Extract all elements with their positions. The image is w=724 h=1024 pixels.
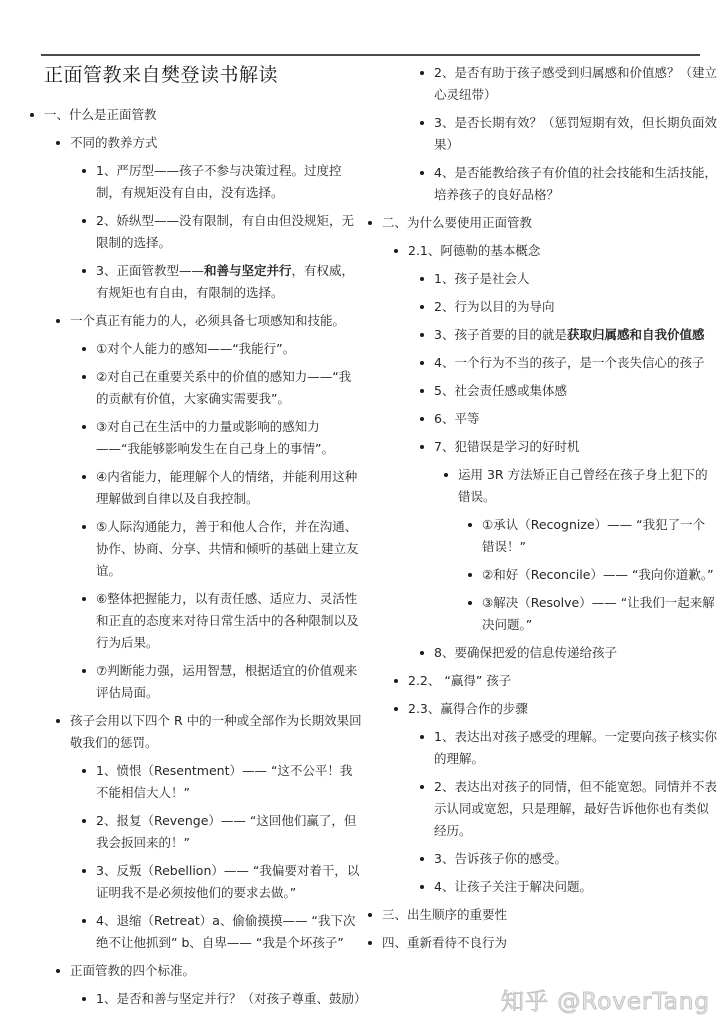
left-outline-list: 一、什么是正面管教不同的教养方式1、严厉型——孩子不参与决策过程。过度控制，有规… bbox=[30, 104, 363, 1010]
outline-item-text: 5、社会责任感或集体感 bbox=[434, 383, 567, 398]
outline-item: 2、行为以目的为导向 bbox=[368, 296, 717, 318]
outline-item: ①承认（Recognize）—— “我犯了一个错误！” bbox=[368, 514, 717, 558]
bullet-icon bbox=[420, 445, 424, 449]
outline-item: 5、社会责任感或集体感 bbox=[368, 380, 717, 402]
bullet-icon bbox=[82, 269, 86, 273]
page-title: 正面管教来自樊登读书解读 bbox=[44, 62, 363, 89]
outline-item-text: 2、报复（Revenge）—— “这回他们赢了，但我会扳回来的！” bbox=[96, 813, 356, 850]
bullet-icon bbox=[368, 913, 372, 917]
outline-item-text: 2.1、阿德勒的基本概念 bbox=[408, 243, 540, 258]
bullet-icon bbox=[82, 347, 86, 351]
outline-item-text: 一个真正有能力的人，必须具备七项感知和技能。 bbox=[70, 313, 345, 328]
outline-item-text: ①承认（Recognize）—— “我犯了一个错误！” bbox=[482, 517, 705, 554]
outline-item: 4、让孩子关注于解决问题。 bbox=[368, 876, 717, 898]
outline-item: 2.2、 “赢得” 孩子 bbox=[368, 670, 717, 692]
outline-item-text: ③对自己在生活中的力量或影响的感知力——“我能够影响发生在自己身上的事情”。 bbox=[96, 419, 334, 456]
outline-item-text: 3、正面管教型——和善与坚定并行，有权威，有规矩也有自由，有限制的选择。 bbox=[96, 263, 354, 300]
outline-item: 7、犯错误是学习的好时机 bbox=[368, 436, 717, 458]
outline-item: 四、重新看待不良行为 bbox=[368, 932, 717, 954]
outline-item: 三、出生顺序的重要性 bbox=[368, 904, 717, 926]
outline-item: 3、正面管教型——和善与坚定并行，有权威，有规矩也有自由，有限制的选择。 bbox=[30, 260, 363, 304]
outline-item-text: 1、严厉型——孩子不参与决策过程。过度控制，有规矩没有自由，没有选择。 bbox=[96, 163, 341, 200]
outline-item-text: 4、让孩子关注于解决问题。 bbox=[434, 879, 592, 894]
outline-item-text: 3、告诉孩子你的感受。 bbox=[434, 851, 567, 866]
outline-item: 4、一个行为不当的孩子，是一个丧失信心的孩子 bbox=[368, 352, 717, 374]
bullet-icon bbox=[468, 573, 472, 577]
bullet-icon bbox=[56, 319, 60, 323]
outline-item-text: 1、愤恨（Resentment）—— “这不公平！我不能相信大人！” bbox=[96, 763, 352, 800]
outline-item-text: 四、重新看待不良行为 bbox=[382, 935, 507, 950]
outline-item-text: 4、一个行为不当的孩子，是一个丧失信心的孩子 bbox=[434, 355, 704, 370]
bullet-icon bbox=[82, 819, 86, 823]
bullet-icon bbox=[56, 141, 60, 145]
outline-item: 1、表达出对孩子感受的理解。一定要向孩子核实你的理解。 bbox=[368, 726, 717, 770]
outline-item: 2、娇纵型——没有限制，有自由但没规矩，无限制的选择。 bbox=[30, 210, 363, 254]
outline-item: 2、表达出对孩子的同情，但不能宽恕。同情并不表示认同或宽恕，只是理解，最好告诉他… bbox=[368, 776, 717, 842]
outline-item-text: 2、行为以目的为导向 bbox=[434, 299, 554, 314]
outline-item: ⑤人际沟通能力，善于和他人合作，并在沟通、协作、协商、分享、共情和倾听的基础上建… bbox=[30, 516, 363, 582]
outline-item-text: 1、是否和善与坚定并行？（对孩子尊重、鼓励） bbox=[96, 991, 366, 1006]
outline-item: 2.3、赢得合作的步骤 bbox=[368, 698, 717, 720]
outline-item: 一、什么是正面管教 bbox=[30, 104, 363, 126]
outline-item-text: ④内省能力，能理解个人的情绪，并能利用这种理解做到自律以及自我控制。 bbox=[96, 469, 357, 506]
bullet-icon bbox=[394, 679, 398, 683]
bullet-icon bbox=[56, 969, 60, 973]
bullet-icon bbox=[420, 305, 424, 309]
bullet-icon bbox=[82, 375, 86, 379]
outline-item-text: 2.2、 “赢得” 孩子 bbox=[408, 673, 511, 688]
bullet-icon bbox=[82, 169, 86, 173]
outline-item-text: 3、是否长期有效？（惩罚短期有效，但长期负面效果） bbox=[434, 115, 717, 152]
outline-item: 3、告诉孩子你的感受。 bbox=[368, 848, 717, 870]
outline-item: 一个真正有能力的人，必须具备七项感知和技能。 bbox=[30, 310, 363, 332]
outline-item-text: 3、反叛（Rebellion）—— “我偏要对着干，以证明我不是必须按他们的要求… bbox=[96, 863, 359, 900]
outline-item-text: 4、是否能教给孩子有价值的社会技能和生活技能，培养孩子的良好品格？ bbox=[434, 165, 717, 202]
outline-item-text: ②对自己在重要关系中的价值的感知力——“我的贡献有价值，大家确实需要我”。 bbox=[96, 369, 351, 406]
outline-item: ②对自己在重要关系中的价值的感知力——“我的贡献有价值，大家确实需要我”。 bbox=[30, 366, 363, 410]
outline-item: 运用 3R 方法矫正自己曾经在孩子身上犯下的错误。 bbox=[368, 464, 717, 508]
outline-item: ④内省能力，能理解个人的情绪，并能利用这种理解做到自律以及自我控制。 bbox=[30, 466, 363, 510]
outline-item-text: 3、孩子首要的目的就是获取归属感和自我价值感 bbox=[434, 327, 704, 342]
bullet-icon bbox=[368, 941, 372, 945]
outline-item-text: ⑤人际沟通能力，善于和他人合作，并在沟通、协作、协商、分享、共情和倾听的基础上建… bbox=[96, 519, 359, 578]
bullet-icon bbox=[420, 651, 424, 655]
outline-item: 3、孩子首要的目的就是获取归属感和自我价值感 bbox=[368, 324, 717, 346]
bullet-icon bbox=[420, 389, 424, 393]
outline-item: 3、是否长期有效？（惩罚短期有效，但长期负面效果） bbox=[368, 112, 717, 156]
outline-item-text: 1、孩子是社会人 bbox=[434, 271, 529, 286]
outline-item: 6、平等 bbox=[368, 408, 717, 430]
bullet-icon bbox=[394, 707, 398, 711]
outline-item: ⑥整体把握能力，以有责任感、适应力、灵活性和正直的态度来对待日常生活中的各种限制… bbox=[30, 588, 363, 654]
bullet-icon bbox=[368, 221, 372, 225]
outline-item: 1、是否和善与坚定并行？（对孩子尊重、鼓励） bbox=[30, 988, 363, 1010]
bullet-icon bbox=[82, 475, 86, 479]
outline-item: 二、为什么要使用正面管教 bbox=[368, 212, 717, 234]
bullet-icon bbox=[420, 785, 424, 789]
outline-item-text: 4、退缩（Retreat）a、偷偷摸摸—— “我下次绝不让他抓到” b、自卑——… bbox=[96, 913, 355, 950]
bullet-icon bbox=[82, 919, 86, 923]
outline-item: 2.1、阿德勒的基本概念 bbox=[368, 240, 717, 262]
bullet-icon bbox=[82, 219, 86, 223]
bullet-icon bbox=[82, 669, 86, 673]
bullet-icon bbox=[56, 719, 60, 723]
bullet-icon bbox=[420, 735, 424, 739]
bullet-icon bbox=[420, 277, 424, 281]
bullet-icon bbox=[30, 113, 34, 117]
watermark: 知乎 @RoverTang bbox=[501, 983, 710, 1016]
bullet-icon bbox=[420, 361, 424, 365]
outline-item-text: 2.3、赢得合作的步骤 bbox=[408, 701, 528, 716]
bullet-icon bbox=[468, 523, 472, 527]
outline-item: 正面管教的四个标准。 bbox=[30, 960, 363, 982]
bullet-icon bbox=[444, 473, 448, 477]
bullet-icon bbox=[420, 333, 424, 337]
bullet-icon bbox=[82, 997, 86, 1001]
outline-item: 1、愤恨（Resentment）—— “这不公平！我不能相信大人！” bbox=[30, 760, 363, 804]
outline-item-text: ①对个人能力的感知——“我能行”。 bbox=[96, 341, 295, 356]
outline-item-text: ②和好（Reconcile）—— “我向你道歉。” bbox=[482, 567, 714, 582]
outline-item-text: ⑦判断能力强，运用智慧，根据适宜的价值观来评估局面。 bbox=[96, 663, 357, 700]
left-column: 正面管教来自樊登读书解读 一、什么是正面管教不同的教养方式1、严厉型——孩子不参… bbox=[30, 62, 363, 1016]
outline-item: 孩子会用以下四个 R 中的一种或全部作为长期效果回敬我们的惩罚。 bbox=[30, 710, 363, 754]
outline-item-text: ③解决（Resolve）—— “让我们一起来解决问题。” bbox=[482, 595, 715, 632]
outline-item: 1、孩子是社会人 bbox=[368, 268, 717, 290]
bullet-icon bbox=[420, 71, 424, 75]
outline-item-text: 2、表达出对孩子的同情，但不能宽恕。同情并不表示认同或宽恕，只是理解，最好告诉他… bbox=[434, 779, 717, 838]
outline-item: ③解决（Resolve）—— “让我们一起来解决问题。” bbox=[368, 592, 717, 636]
bullet-icon bbox=[82, 769, 86, 773]
top-divider bbox=[41, 54, 700, 56]
outline-item-text: 2、娇纵型——没有限制，有自由但没规矩，无限制的选择。 bbox=[96, 213, 354, 250]
outline-item: 2、报复（Revenge）—— “这回他们赢了，但我会扳回来的！” bbox=[30, 810, 363, 854]
outline-item: 4、是否能教给孩子有价值的社会技能和生活技能，培养孩子的良好品格？ bbox=[368, 162, 717, 206]
outline-item-text: 6、平等 bbox=[434, 411, 479, 426]
bullet-icon bbox=[394, 249, 398, 253]
outline-item-text: 7、犯错误是学习的好时机 bbox=[434, 439, 579, 454]
outline-item: 8、要确保把爱的信息传递给孩子 bbox=[368, 642, 717, 664]
right-column: 2、是否有助于孩子感受到归属感和价值感？（建立心灵纽带）3、是否长期有效？（惩罚… bbox=[368, 62, 717, 960]
bullet-icon bbox=[82, 525, 86, 529]
bullet-icon bbox=[420, 857, 424, 861]
bullet-icon bbox=[420, 171, 424, 175]
outline-item-text: 孩子会用以下四个 R 中的一种或全部作为长期效果回敬我们的惩罚。 bbox=[70, 713, 362, 750]
outline-item-text: 1、表达出对孩子感受的理解。一定要向孩子核实你的理解。 bbox=[434, 729, 717, 766]
outline-item: ①对个人能力的感知——“我能行”。 bbox=[30, 338, 363, 360]
outline-item-text: 2、是否有助于孩子感受到归属感和价值感？（建立心灵纽带） bbox=[434, 65, 717, 102]
outline-item-text: 8、要确保把爱的信息传递给孩子 bbox=[434, 645, 617, 660]
bullet-icon bbox=[82, 597, 86, 601]
bullet-icon bbox=[468, 601, 472, 605]
outline-item: ②和好（Reconcile）—— “我向你道歉。” bbox=[368, 564, 717, 586]
outline-item: ③对自己在生活中的力量或影响的感知力——“我能够影响发生在自己身上的事情”。 bbox=[30, 416, 363, 460]
outline-item-text: 不同的教养方式 bbox=[70, 135, 158, 150]
bullet-icon bbox=[420, 417, 424, 421]
outline-item: ⑦判断能力强，运用智慧，根据适宜的价值观来评估局面。 bbox=[30, 660, 363, 704]
outline-item-text: 正面管教的四个标准。 bbox=[70, 963, 195, 978]
outline-item: 1、严厉型——孩子不参与决策过程。过度控制，有规矩没有自由，没有选择。 bbox=[30, 160, 363, 204]
bullet-icon bbox=[82, 425, 86, 429]
outline-item-text: 一、什么是正面管教 bbox=[44, 107, 157, 122]
outline-item-text: 三、出生顺序的重要性 bbox=[382, 907, 507, 922]
outline-item-text: 运用 3R 方法矫正自己曾经在孩子身上犯下的错误。 bbox=[458, 467, 708, 504]
outline-item-text: ⑥整体把握能力，以有责任感、适应力、灵活性和正直的态度来对待日常生活中的各种限制… bbox=[96, 591, 359, 650]
bullet-icon bbox=[82, 869, 86, 873]
outline-item: 不同的教养方式 bbox=[30, 132, 363, 154]
outline-item: 2、是否有助于孩子感受到归属感和价值感？（建立心灵纽带） bbox=[368, 62, 717, 106]
bullet-icon bbox=[420, 885, 424, 889]
outline-item-text: 二、为什么要使用正面管教 bbox=[382, 215, 532, 230]
bullet-icon bbox=[420, 121, 424, 125]
right-outline-list: 2、是否有助于孩子感受到归属感和价值感？（建立心灵纽带）3、是否长期有效？（惩罚… bbox=[368, 62, 717, 954]
outline-item: 3、反叛（Rebellion）—— “我偏要对着干，以证明我不是必须按他们的要求… bbox=[30, 860, 363, 904]
outline-item: 4、退缩（Retreat）a、偷偷摸摸—— “我下次绝不让他抓到” b、自卑——… bbox=[30, 910, 363, 954]
